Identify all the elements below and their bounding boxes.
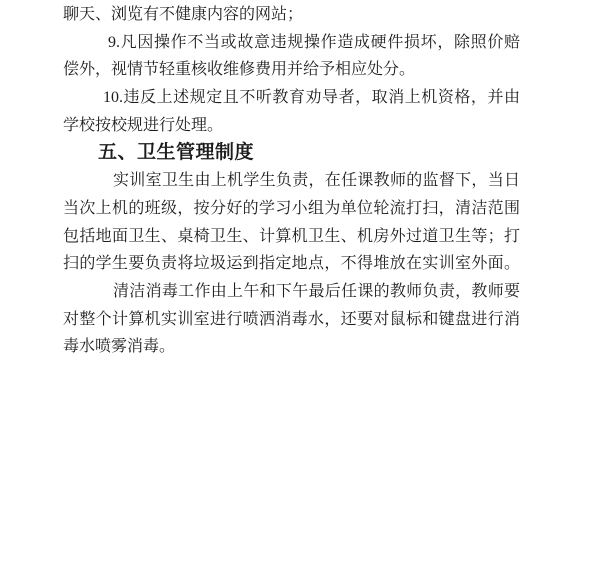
text-line: 扫的学生要负责将垃圾运到指定地点，不得堆放在实训室外面。 <box>63 250 520 278</box>
text-line: 偿外，视情节轻重核收维修费用并给予相应处分。 <box>63 56 520 84</box>
text-line: 当次上机的班级，按分好的学习小组为单位轮流打扫，清洁范围 <box>63 195 520 223</box>
section-heading: 五、卫生管理制度 <box>63 139 520 167</box>
text-line: 10.违反上述规定且不听教育劝导者，取消上机资格，并由 <box>63 84 520 112</box>
text-line: 聊天、浏览有不健康内容的网站； <box>63 1 520 29</box>
document-page: 聊天、浏览有不健康内容的网站； 9.凡因操作不当或故意违规操作造成硬件损坏，除照… <box>0 0 591 576</box>
text-line: 清洁消毒工作由上午和下午最后任课的教师负责，教师要 <box>63 278 520 306</box>
text-line: 实训室卫生由上机学生负责，在任课教师的监督下，当日 <box>63 167 520 195</box>
text-line: 包括地面卫生、桌椅卫生、计算机卫生、机房外过道卫生等；打 <box>63 223 520 251</box>
text-line: 对整个计算机实训室进行喷洒消毒水，还要对鼠标和键盘进行消 <box>63 306 520 334</box>
text-line: 毒水喷雾消毒。 <box>63 333 520 361</box>
text-line: 9.凡因操作不当或故意违规操作造成硬件损坏，除照价赔 <box>63 29 520 57</box>
text-line: 学校按校规进行处理。 <box>63 112 520 140</box>
